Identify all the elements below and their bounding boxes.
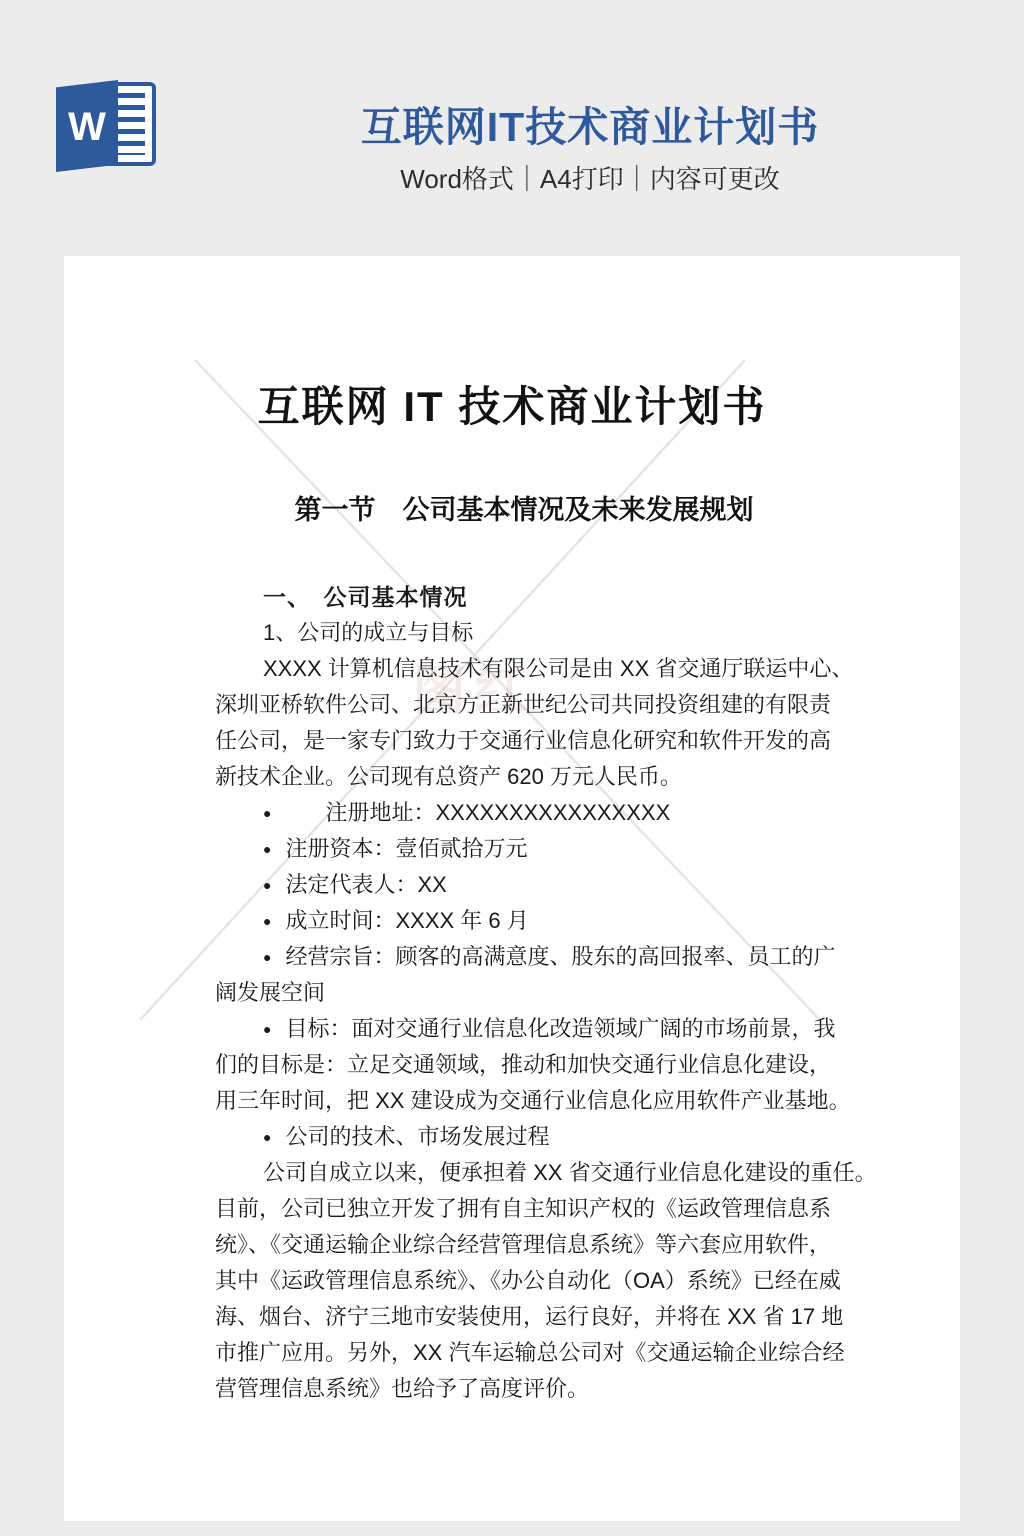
- text-line: 们的目标是：立足交通领域，推动和加快交通行业信息化建设，: [215, 1047, 875, 1083]
- text-line: 统》、《交通运输企业综合经营管理信息系统》等六套应用软件，: [215, 1227, 875, 1263]
- text-line: XXXX 计算机信息技术有限公司是由 XX 省交通厅联运中心、: [215, 651, 875, 687]
- bullet-icon: ●: [263, 841, 271, 857]
- bullet-icon: ●: [263, 949, 271, 965]
- template-subtitle: Word格式｜A4打印｜内容可更改: [156, 159, 1024, 196]
- bullet-text: 成立时间：XXXX 年 6 月: [285, 908, 528, 933]
- text-line: 海、烟台、济宁三地市安装使用，运行良好，并将在 XX 省 17 地: [215, 1299, 875, 1335]
- text-line: 营管理信息系统》也给予了高度评价。: [215, 1371, 875, 1407]
- document-page: 图红 互联网 IT 技术商业计划书 第一节 公司基本情况及未来发展规划 一、 公…: [64, 256, 960, 1521]
- bullet-icon: ●: [263, 877, 271, 893]
- word-icon-letter: W: [68, 107, 106, 147]
- bullet-line: ●法定代表人：XX: [215, 867, 875, 903]
- template-header: W 互联网IT技术商业计划书 Word格式｜A4打印｜内容可更改: [0, 0, 1024, 256]
- text-line: 目前，公司已独立开发了拥有自主知识产权的《运政管理信息系: [215, 1191, 875, 1227]
- bullet-icon: ●: [263, 1021, 271, 1037]
- word-icon-panel: W: [56, 80, 118, 172]
- text-line: 其中《运政管理信息系统》、《办公自动化（OA）系统》已经在威: [215, 1263, 875, 1299]
- text-line: 深圳亚桥软件公司、北京方正新世纪公司共同投资组建的有限责: [215, 687, 875, 723]
- word-file-icon: W: [56, 80, 156, 172]
- document-title: 互联网 IT 技术商业计划书: [64, 374, 960, 434]
- bullet-line: ●经营宗旨：顾客的高满意度、股东的高回报率、员工的广: [215, 939, 875, 975]
- bullet-icon: ●: [263, 805, 271, 821]
- text-line: 阔发展空间: [215, 975, 875, 1011]
- text-line: 1、公司的成立与目标: [215, 615, 875, 651]
- bullet-line: ●注册资本：壹佰贰拾万元: [215, 831, 875, 867]
- bullet-text: 目标：面对交通行业信息化改造领域广阔的市场前景，我: [285, 1016, 835, 1041]
- bullet-text: 经营宗旨：顾客的高满意度、股东的高回报率、员工的广: [285, 944, 835, 969]
- bullet-text: 公司的技术、市场发展过程: [285, 1124, 549, 1149]
- text-line: 新技术企业。公司现有总资产 620 万元人民币。: [215, 759, 875, 795]
- text-line: 任公司，是一家专门致力于交通行业信息化研究和软件开发的高: [215, 723, 875, 759]
- document-body: 一、 公司基本情况1、公司的成立与目标XXXX 计算机信息技术有限公司是由 XX…: [215, 579, 875, 1407]
- template-title: 互联网IT技术商业计划书: [156, 94, 1024, 153]
- text-line: 一、 公司基本情况: [215, 579, 875, 615]
- section-heading: 第一节 公司基本情况及未来发展规划: [64, 488, 960, 527]
- text-line: 市推广应用。另外，XX 汽车运输总公司对《交通运输企业综合经: [215, 1335, 875, 1371]
- bullet-text: 法定代表人：XX: [285, 872, 446, 897]
- bullet-line: ●注册地址：XXXXXXXXXXXXXXXX: [215, 795, 875, 831]
- bullet-icon: ●: [263, 913, 271, 929]
- text-line: 用三年时间，把 XX 建设成为交通行业信息化应用软件产业基地。: [215, 1083, 875, 1119]
- bullet-line: ●公司的技术、市场发展过程: [215, 1119, 875, 1155]
- bullet-icon: ●: [263, 1129, 271, 1145]
- bullet-line: ●成立时间：XXXX 年 6 月: [215, 903, 875, 939]
- bullet-text: 注册地址：XXXXXXXXXXXXXXXX: [325, 800, 670, 825]
- bullet-text: 注册资本：壹佰贰拾万元: [285, 836, 527, 861]
- bullet-line: ●目标：面对交通行业信息化改造领域广阔的市场前景，我: [215, 1011, 875, 1047]
- text-line: 公司自成立以来，便承担着 XX 省交通行业信息化建设的重任。: [215, 1155, 875, 1191]
